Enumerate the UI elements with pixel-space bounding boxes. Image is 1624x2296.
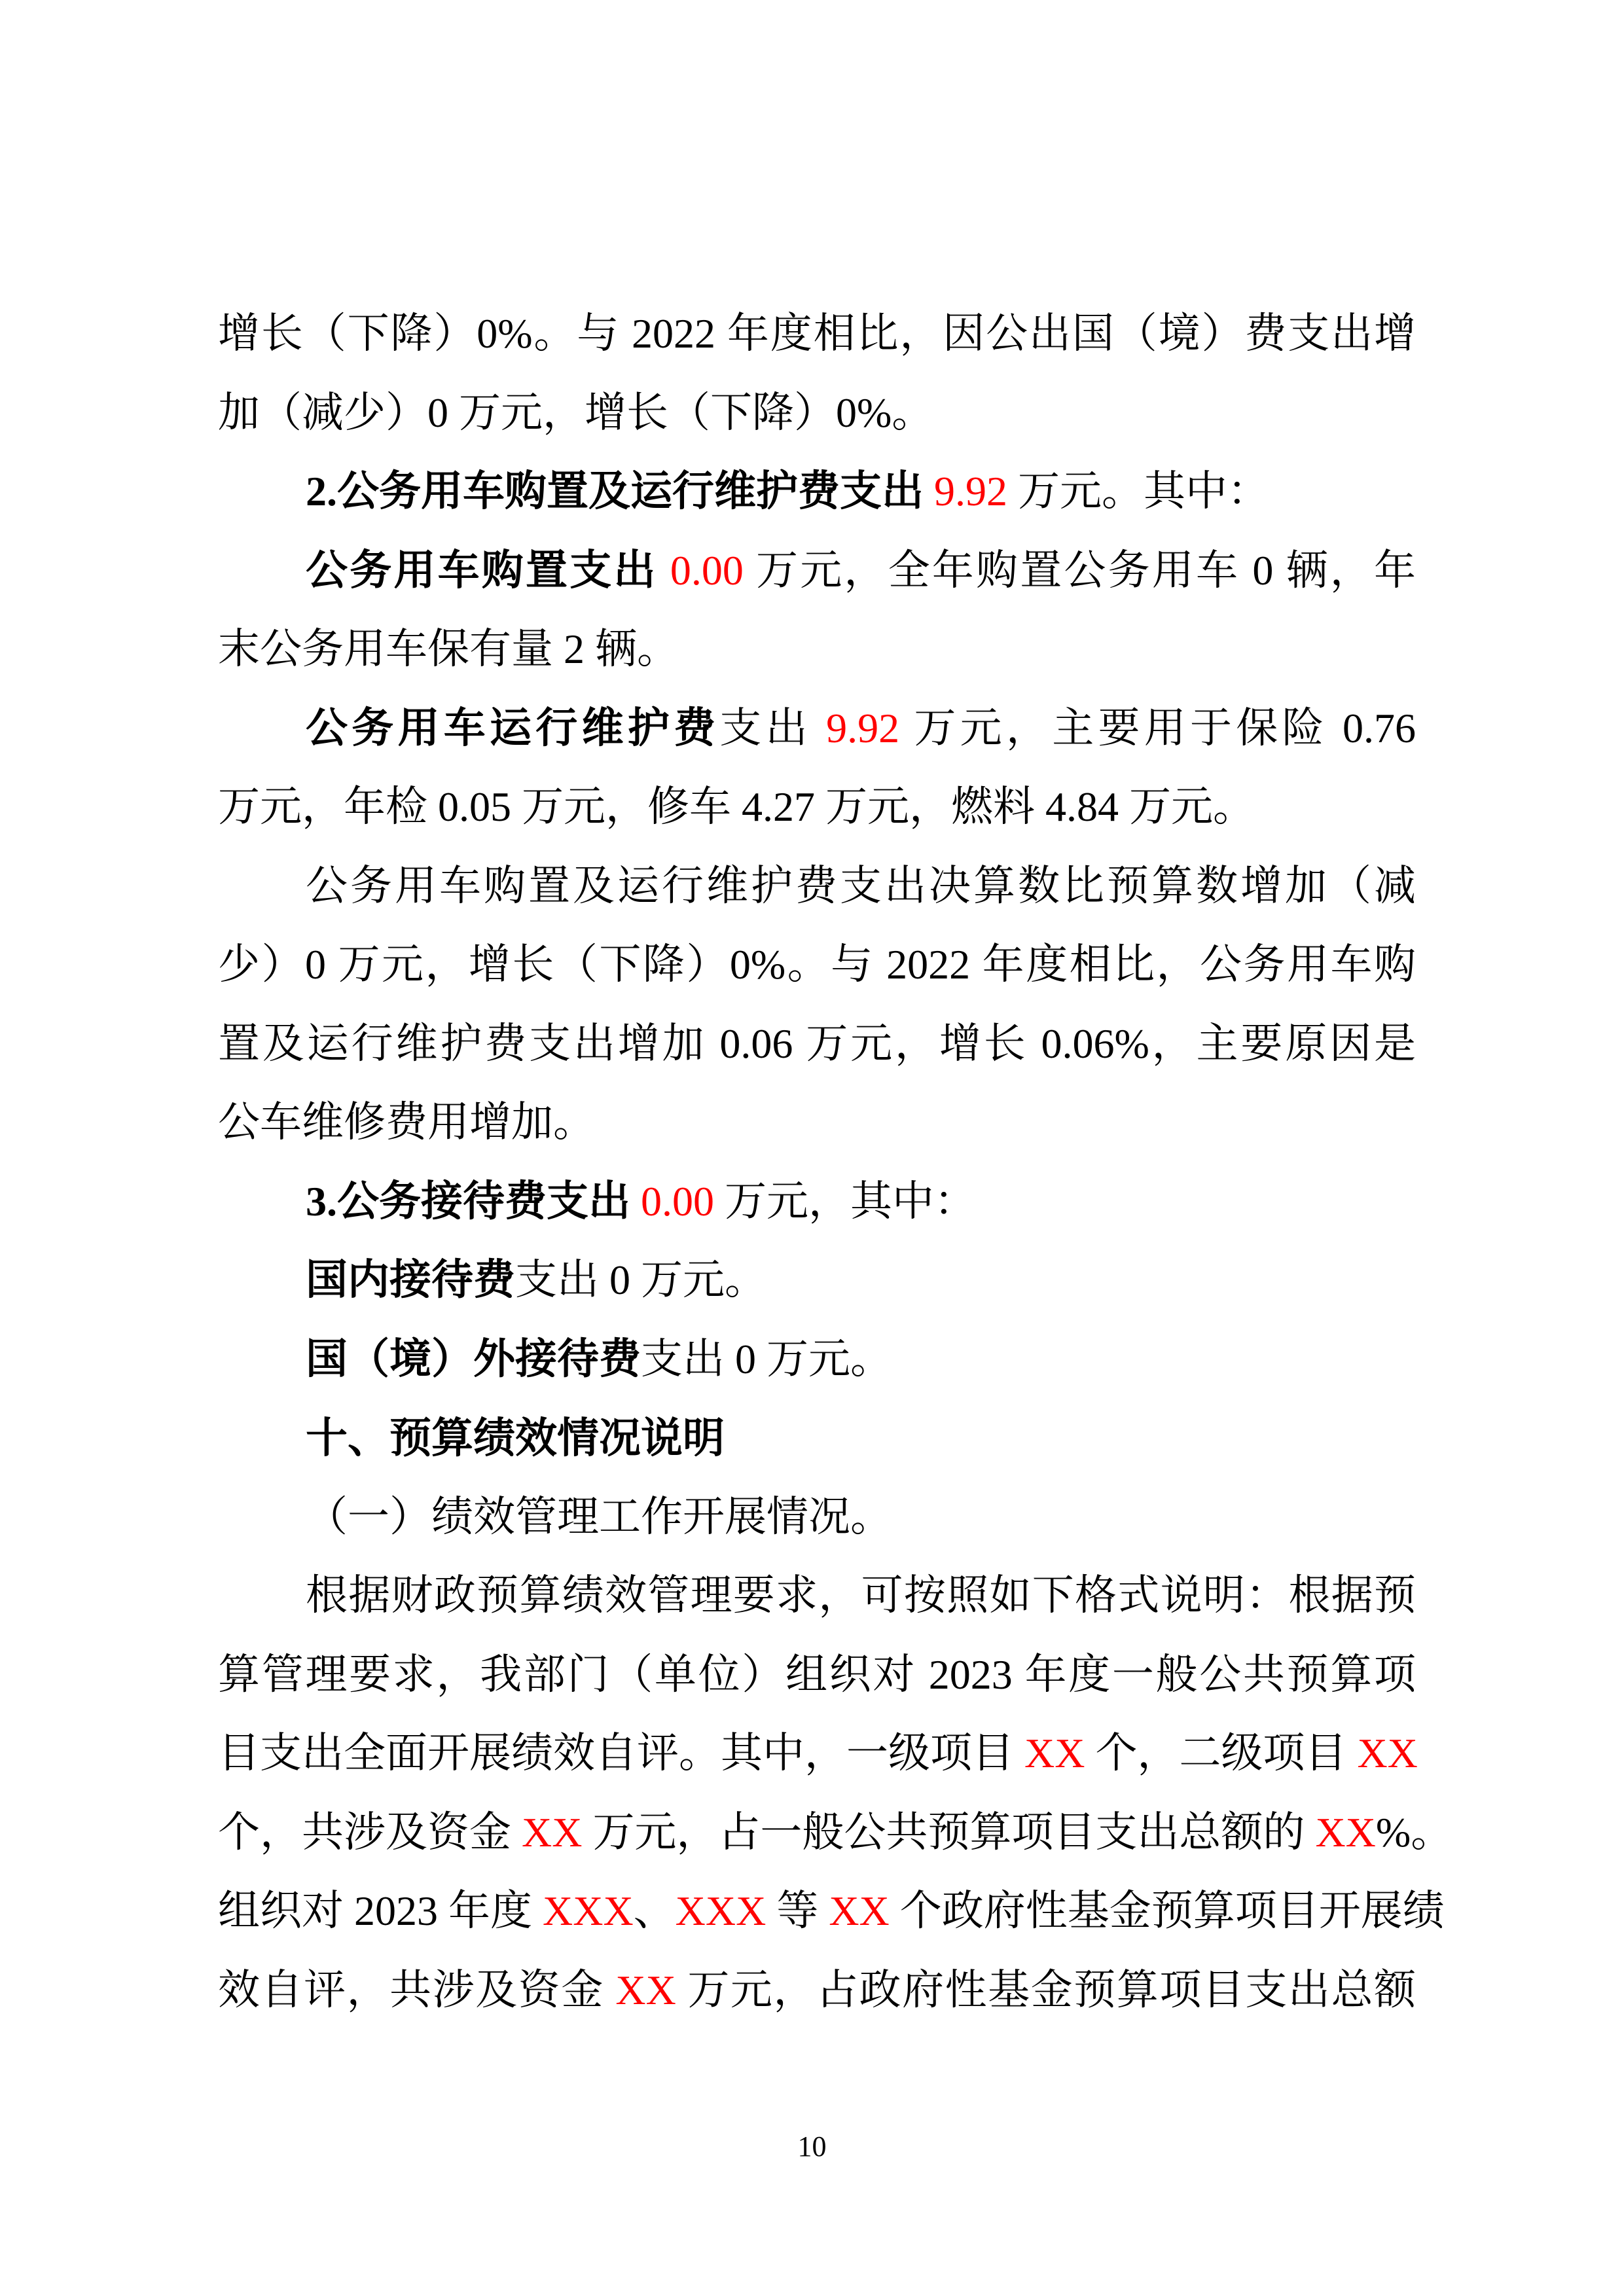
highlighted-value: 9.92 (934, 468, 1007, 514)
document-body-text: 增长（下降）0%。与 2022 年度相比，因公出国（境）费支出增加（减少）0 万… (218, 295, 1416, 2030)
text-line: 加（减少）0 万元，增长（下降）0%。 (218, 374, 1416, 453)
text-segment: 支出 (719, 705, 826, 751)
text-segment: 、 (634, 1888, 676, 1934)
text-segment: 个，二级项目 (1085, 1730, 1357, 1776)
text-line: 公务用车购置支出 0.00 万元，全年购置公务用车 0 辆，年 (218, 531, 1416, 611)
text-segment: 万元，主要用于保险 0.76 (899, 705, 1416, 751)
highlighted-value: 0.00 (670, 547, 744, 594)
text-segment: 万元，其中： (714, 1178, 976, 1225)
text-line: 根据财政预算绩效管理要求，可按照如下格式说明：根据预 (218, 1556, 1416, 1636)
text-segment: 等 (766, 1888, 829, 1934)
text-segment: 末公务用车保有量 2 辆。 (218, 626, 679, 672)
text-line: （一）绩效管理工作开展情况。 (218, 1478, 1416, 1557)
highlighted-value: XXX (543, 1888, 634, 1934)
text-segment: 2.公务用车购置及运行维护费支出 (306, 468, 934, 514)
document-page: 增长（下降）0%。与 2022 年度相比，因公出国（境）费支出增加（减少）0 万… (0, 0, 1624, 2296)
text-segment: 增长（下降）0%。与 2022 年度相比，因公出国（境）费支出增 (218, 310, 1416, 357)
text-segment: 万元。其中： (1007, 468, 1269, 514)
text-segment: 万元，年检 0.05 万元，修车 4.27 万元，燃料 4.84 万元。 (218, 783, 1255, 830)
text-segment: 置及运行维护费支出增加 0.06 万元，增长 0.06%，主要原因是 (218, 1020, 1416, 1067)
text-line: 个，共涉及资金 XX 万元，占一般公共预算项目支出总额的 XX%。 (218, 1793, 1416, 1873)
text-segment: 公务用车购置支出 (306, 547, 670, 594)
text-line: 公车维修费用增加。 (218, 1083, 1416, 1162)
text-segment: 支出 0 万元。 (641, 1336, 892, 1382)
text-segment: 国（境）外接待费 (306, 1336, 641, 1382)
text-segment: 加（减少）0 万元，增长（下降）0%。 (218, 389, 933, 436)
text-line: 十、预算绩效情况说明 (218, 1399, 1416, 1478)
text-segment: 公务用车购置及运行维护费支出决算数比预算数增加（减 (306, 863, 1416, 909)
text-line: 末公务用车保有量 2 辆。 (218, 610, 1416, 689)
text-segment: 效自评，共涉及资金 (218, 1967, 615, 2013)
text-line: 增长（下降）0%。与 2022 年度相比，因公出国（境）费支出增 (218, 295, 1416, 374)
text-segment: 根据财政预算绩效管理要求，可按照如下格式说明：根据预 (306, 1572, 1416, 1619)
text-segment: 万元，占一般公共预算项目支出总额的 (582, 1809, 1315, 1856)
text-segment: 算管理要求，我部门（单位）组织对 2023 年度一般公共预算项 (218, 1651, 1416, 1698)
text-segment: 个，共涉及资金 (218, 1809, 522, 1856)
highlighted-value: XXX (676, 1888, 767, 1934)
text-segment: 组织对 2023 年度 (218, 1888, 543, 1934)
text-segment: 万元，全年购置公务用车 0 辆，年 (744, 547, 1416, 594)
highlighted-value: XX (615, 1967, 676, 2013)
text-line: 组织对 2023 年度 XXX、XXX 等 XX 个政府性基金预算项目开展绩 (218, 1872, 1416, 1951)
text-line: 国（境）外接待费支出 0 万元。 (218, 1320, 1416, 1399)
text-segment: 公车维修费用增加。 (218, 1099, 595, 1145)
highlighted-value: XX (829, 1888, 889, 1934)
text-line: 3.公务接待费支出 0.00 万元，其中： (218, 1162, 1416, 1242)
text-segment: 个政府性基金预算项目开展绩 (890, 1888, 1445, 1934)
text-line: 少）0 万元，增长（下降）0%。与 2022 年度相比，公务用车购 (218, 925, 1416, 1005)
highlighted-value: 0.00 (641, 1178, 714, 1225)
text-segment: %。 (1376, 1809, 1453, 1856)
text-segment: 3.公务接待费支出 (306, 1178, 641, 1225)
text-line: 公务用车运行维护费支出 9.92 万元，主要用于保险 0.76 (218, 689, 1416, 768)
text-segment: 支出 0 万元。 (515, 1257, 767, 1303)
text-segment: 国内接待费 (306, 1257, 515, 1303)
text-segment: 少）0 万元，增长（下降）0%。与 2022 年度相比，公务用车购 (218, 941, 1416, 988)
text-line: 目支出全面开展绩效自评。其中，一级项目 XX 个，二级项目 XX (218, 1714, 1416, 1793)
highlighted-value: 9.92 (826, 705, 899, 751)
text-line: 国内接待费支出 0 万元。 (218, 1241, 1416, 1320)
highlighted-value: XX (1024, 1730, 1085, 1776)
text-segment: （一）绩效管理工作开展情况。 (306, 1494, 892, 1540)
text-segment: 目支出全面开展绩效自评。其中，一级项目 (218, 1730, 1024, 1776)
text-line: 公务用车购置及运行维护费支出决算数比预算数增加（减 (218, 847, 1416, 926)
text-line: 置及运行维护费支出增加 0.06 万元，增长 0.06%，主要原因是 (218, 1005, 1416, 1084)
highlighted-value: XX (1315, 1809, 1375, 1856)
page-number: 10 (0, 2132, 1624, 2161)
text-segment: 十、预算绩效情况说明 (306, 1414, 725, 1462)
text-segment: 万元，占政府性基金预算项目支出总额 (676, 1967, 1416, 2013)
text-line: 万元，年检 0.05 万元，修车 4.27 万元，燃料 4.84 万元。 (218, 768, 1416, 847)
text-line: 2.公务用车购置及运行维护费支出 9.92 万元。其中： (218, 452, 1416, 531)
text-line: 算管理要求，我部门（单位）组织对 2023 年度一般公共预算项 (218, 1636, 1416, 1715)
highlighted-value: XX (1357, 1730, 1417, 1776)
highlighted-value: XX (522, 1809, 582, 1856)
text-line: 效自评，共涉及资金 XX 万元，占政府性基金预算项目支出总额 (218, 1951, 1416, 2030)
text-segment: 公务用车运行维护费 (306, 705, 719, 751)
